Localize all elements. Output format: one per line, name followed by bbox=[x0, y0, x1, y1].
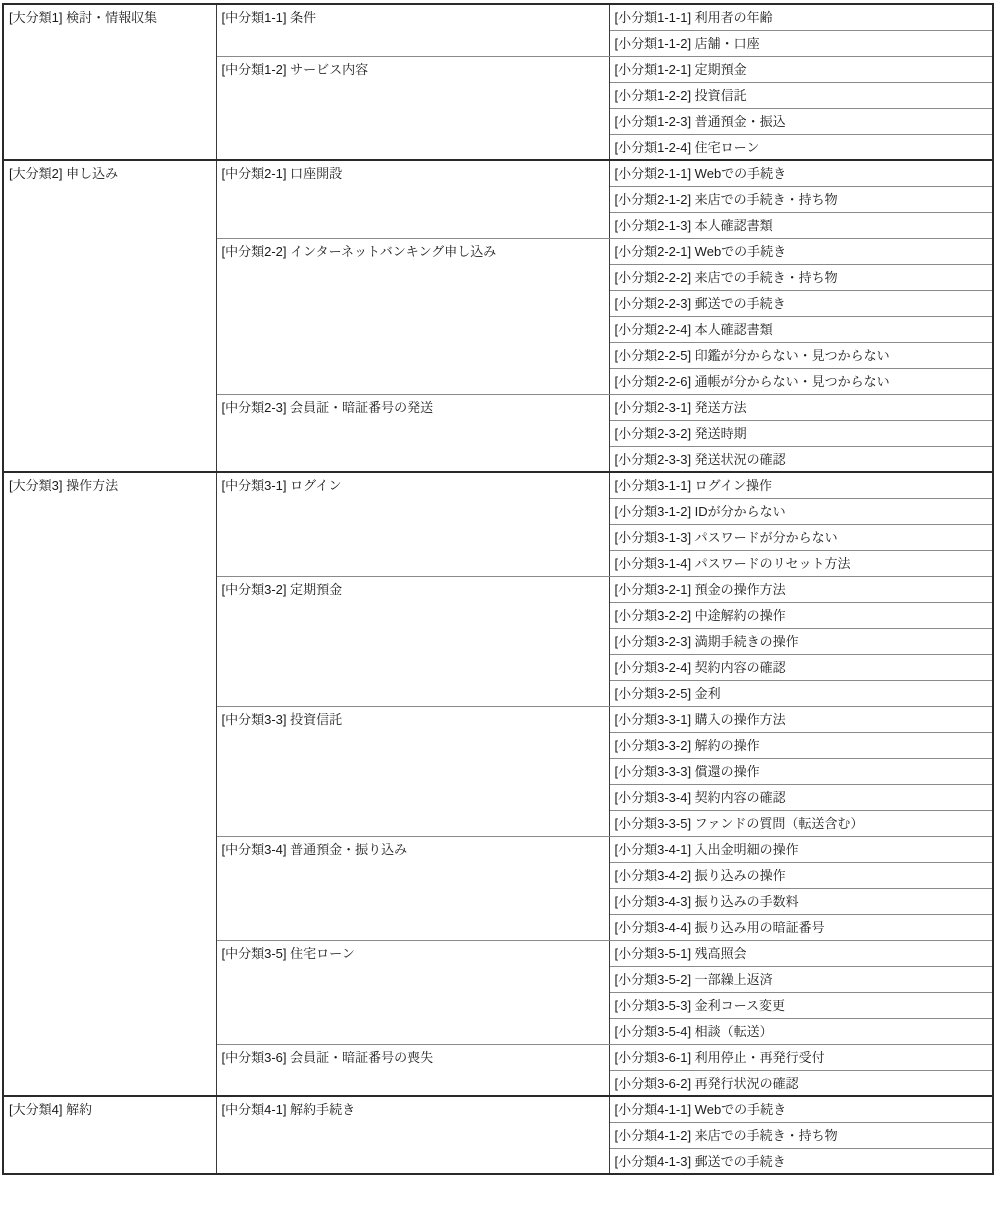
middle-category-cell: [中分類3-6] 会員証・暗証番号の喪失 bbox=[216, 1044, 609, 1096]
minor-category-cell: [小分類2-2-2] 来店での手続き・持ち物 bbox=[609, 264, 993, 290]
minor-category-cell: [小分類3-3-3] 償還の操作 bbox=[609, 758, 993, 784]
minor-category-cell: [小分類3-2-2] 中途解約の操作 bbox=[609, 602, 993, 628]
major-category-cell: [大分類2] 申し込み bbox=[3, 160, 216, 472]
minor-category-cell: [小分類2-1-1] Webでの手続き bbox=[609, 160, 993, 186]
taxonomy-row: [大分類4] 解約[中分類4-1] 解約手続き[小分類4-1-1] Webでの手… bbox=[3, 1096, 993, 1122]
minor-category-cell: [小分類1-1-1] 利用者の年齢 bbox=[609, 4, 993, 30]
minor-category-cell: [小分類4-1-1] Webでの手続き bbox=[609, 1096, 993, 1122]
minor-category-cell: [小分類3-3-5] ファンドの質問（転送含む） bbox=[609, 810, 993, 836]
minor-category-cell: [小分類3-2-1] 預金の操作方法 bbox=[609, 576, 993, 602]
minor-category-cell: [小分類2-1-3] 本人確認書類 bbox=[609, 212, 993, 238]
minor-category-cell: [小分類1-1-2] 店舗・口座 bbox=[609, 30, 993, 56]
minor-category-cell: [小分類3-1-1] ログイン操作 bbox=[609, 472, 993, 498]
minor-category-cell: [小分類3-5-4] 相談（転送） bbox=[609, 1018, 993, 1044]
minor-category-cell: [小分類2-2-5] 印鑑が分からない・見つからない bbox=[609, 342, 993, 368]
minor-category-cell: [小分類2-2-4] 本人確認書類 bbox=[609, 316, 993, 342]
minor-category-cell: [小分類3-2-4] 契約内容の確認 bbox=[609, 654, 993, 680]
middle-category-cell: [中分類2-3] 会員証・暗証番号の発送 bbox=[216, 394, 609, 472]
minor-category-cell: [小分類2-2-1] Webでの手続き bbox=[609, 238, 993, 264]
minor-category-cell: [小分類1-2-1] 定期預金 bbox=[609, 56, 993, 82]
middle-category-cell: [中分類3-1] ログイン bbox=[216, 472, 609, 576]
minor-category-cell: [小分類3-3-2] 解約の操作 bbox=[609, 732, 993, 758]
minor-category-cell: [小分類1-2-4] 住宅ローン bbox=[609, 134, 993, 160]
minor-category-cell: [小分類3-4-3] 振り込みの手数料 bbox=[609, 888, 993, 914]
minor-category-cell: [小分類3-2-5] 金利 bbox=[609, 680, 993, 706]
taxonomy-row: [大分類3] 操作方法[中分類3-1] ログイン[小分類3-1-1] ログイン操… bbox=[3, 472, 993, 498]
middle-category-cell: [中分類3-2] 定期預金 bbox=[216, 576, 609, 706]
taxonomy-table: [大分類1] 検討・情報収集[中分類1-1] 条件[小分類1-1-1] 利用者の… bbox=[2, 3, 994, 1175]
major-category-cell: [大分類3] 操作方法 bbox=[3, 472, 216, 1096]
minor-category-cell: [小分類1-2-3] 普通預金・振込 bbox=[609, 108, 993, 134]
minor-category-cell: [小分類2-3-1] 発送方法 bbox=[609, 394, 993, 420]
minor-category-cell: [小分類3-1-4] パスワードのリセット方法 bbox=[609, 550, 993, 576]
minor-category-cell: [小分類3-6-2] 再発行状況の確認 bbox=[609, 1070, 993, 1096]
minor-category-cell: [小分類3-4-1] 入出金明細の操作 bbox=[609, 836, 993, 862]
middle-category-cell: [中分類3-3] 投資信託 bbox=[216, 706, 609, 836]
minor-category-cell: [小分類3-1-3] パスワードが分からない bbox=[609, 524, 993, 550]
major-category-cell: [大分類1] 検討・情報収集 bbox=[3, 4, 216, 160]
minor-category-cell: [小分類1-2-2] 投資信託 bbox=[609, 82, 993, 108]
taxonomy-row: [大分類1] 検討・情報収集[中分類1-1] 条件[小分類1-1-1] 利用者の… bbox=[3, 4, 993, 30]
minor-category-cell: [小分類4-1-2] 来店での手続き・持ち物 bbox=[609, 1122, 993, 1148]
minor-category-cell: [小分類4-1-3] 郵送での手続き bbox=[609, 1148, 993, 1174]
taxonomy-row: [大分類2] 申し込み[中分類2-1] 口座開設[小分類2-1-1] Webでの… bbox=[3, 160, 993, 186]
minor-category-cell: [小分類3-4-2] 振り込みの操作 bbox=[609, 862, 993, 888]
middle-category-cell: [中分類2-2] インターネットバンキング申し込み bbox=[216, 238, 609, 394]
minor-category-cell: [小分類3-3-1] 購入の操作方法 bbox=[609, 706, 993, 732]
middle-category-cell: [中分類3-4] 普通預金・振り込み bbox=[216, 836, 609, 940]
middle-category-cell: [中分類3-5] 住宅ローン bbox=[216, 940, 609, 1044]
minor-category-cell: [小分類3-1-2] IDが分からない bbox=[609, 498, 993, 524]
middle-category-cell: [中分類1-2] サービス内容 bbox=[216, 56, 609, 160]
major-category-cell: [大分類4] 解約 bbox=[3, 1096, 216, 1174]
minor-category-cell: [小分類2-1-2] 来店での手続き・持ち物 bbox=[609, 186, 993, 212]
minor-category-cell: [小分類2-2-6] 通帳が分からない・見つからない bbox=[609, 368, 993, 394]
minor-category-cell: [小分類3-2-3] 満期手続きの操作 bbox=[609, 628, 993, 654]
middle-category-cell: [中分類1-1] 条件 bbox=[216, 4, 609, 56]
minor-category-cell: [小分類3-3-4] 契約内容の確認 bbox=[609, 784, 993, 810]
minor-category-cell: [小分類2-3-2] 発送時期 bbox=[609, 420, 993, 446]
minor-category-cell: [小分類3-5-2] 一部繰上返済 bbox=[609, 966, 993, 992]
minor-category-cell: [小分類3-5-3] 金利コース変更 bbox=[609, 992, 993, 1018]
taxonomy-body: [大分類1] 検討・情報収集[中分類1-1] 条件[小分類1-1-1] 利用者の… bbox=[3, 4, 993, 1174]
minor-category-cell: [小分類3-5-1] 残高照会 bbox=[609, 940, 993, 966]
minor-category-cell: [小分類3-6-1] 利用停止・再発行受付 bbox=[609, 1044, 993, 1070]
minor-category-cell: [小分類2-3-3] 発送状況の確認 bbox=[609, 446, 993, 472]
minor-category-cell: [小分類2-2-3] 郵送での手続き bbox=[609, 290, 993, 316]
middle-category-cell: [中分類4-1] 解約手続き bbox=[216, 1096, 609, 1174]
minor-category-cell: [小分類3-4-4] 振り込み用の暗証番号 bbox=[609, 914, 993, 940]
middle-category-cell: [中分類2-1] 口座開設 bbox=[216, 160, 609, 238]
